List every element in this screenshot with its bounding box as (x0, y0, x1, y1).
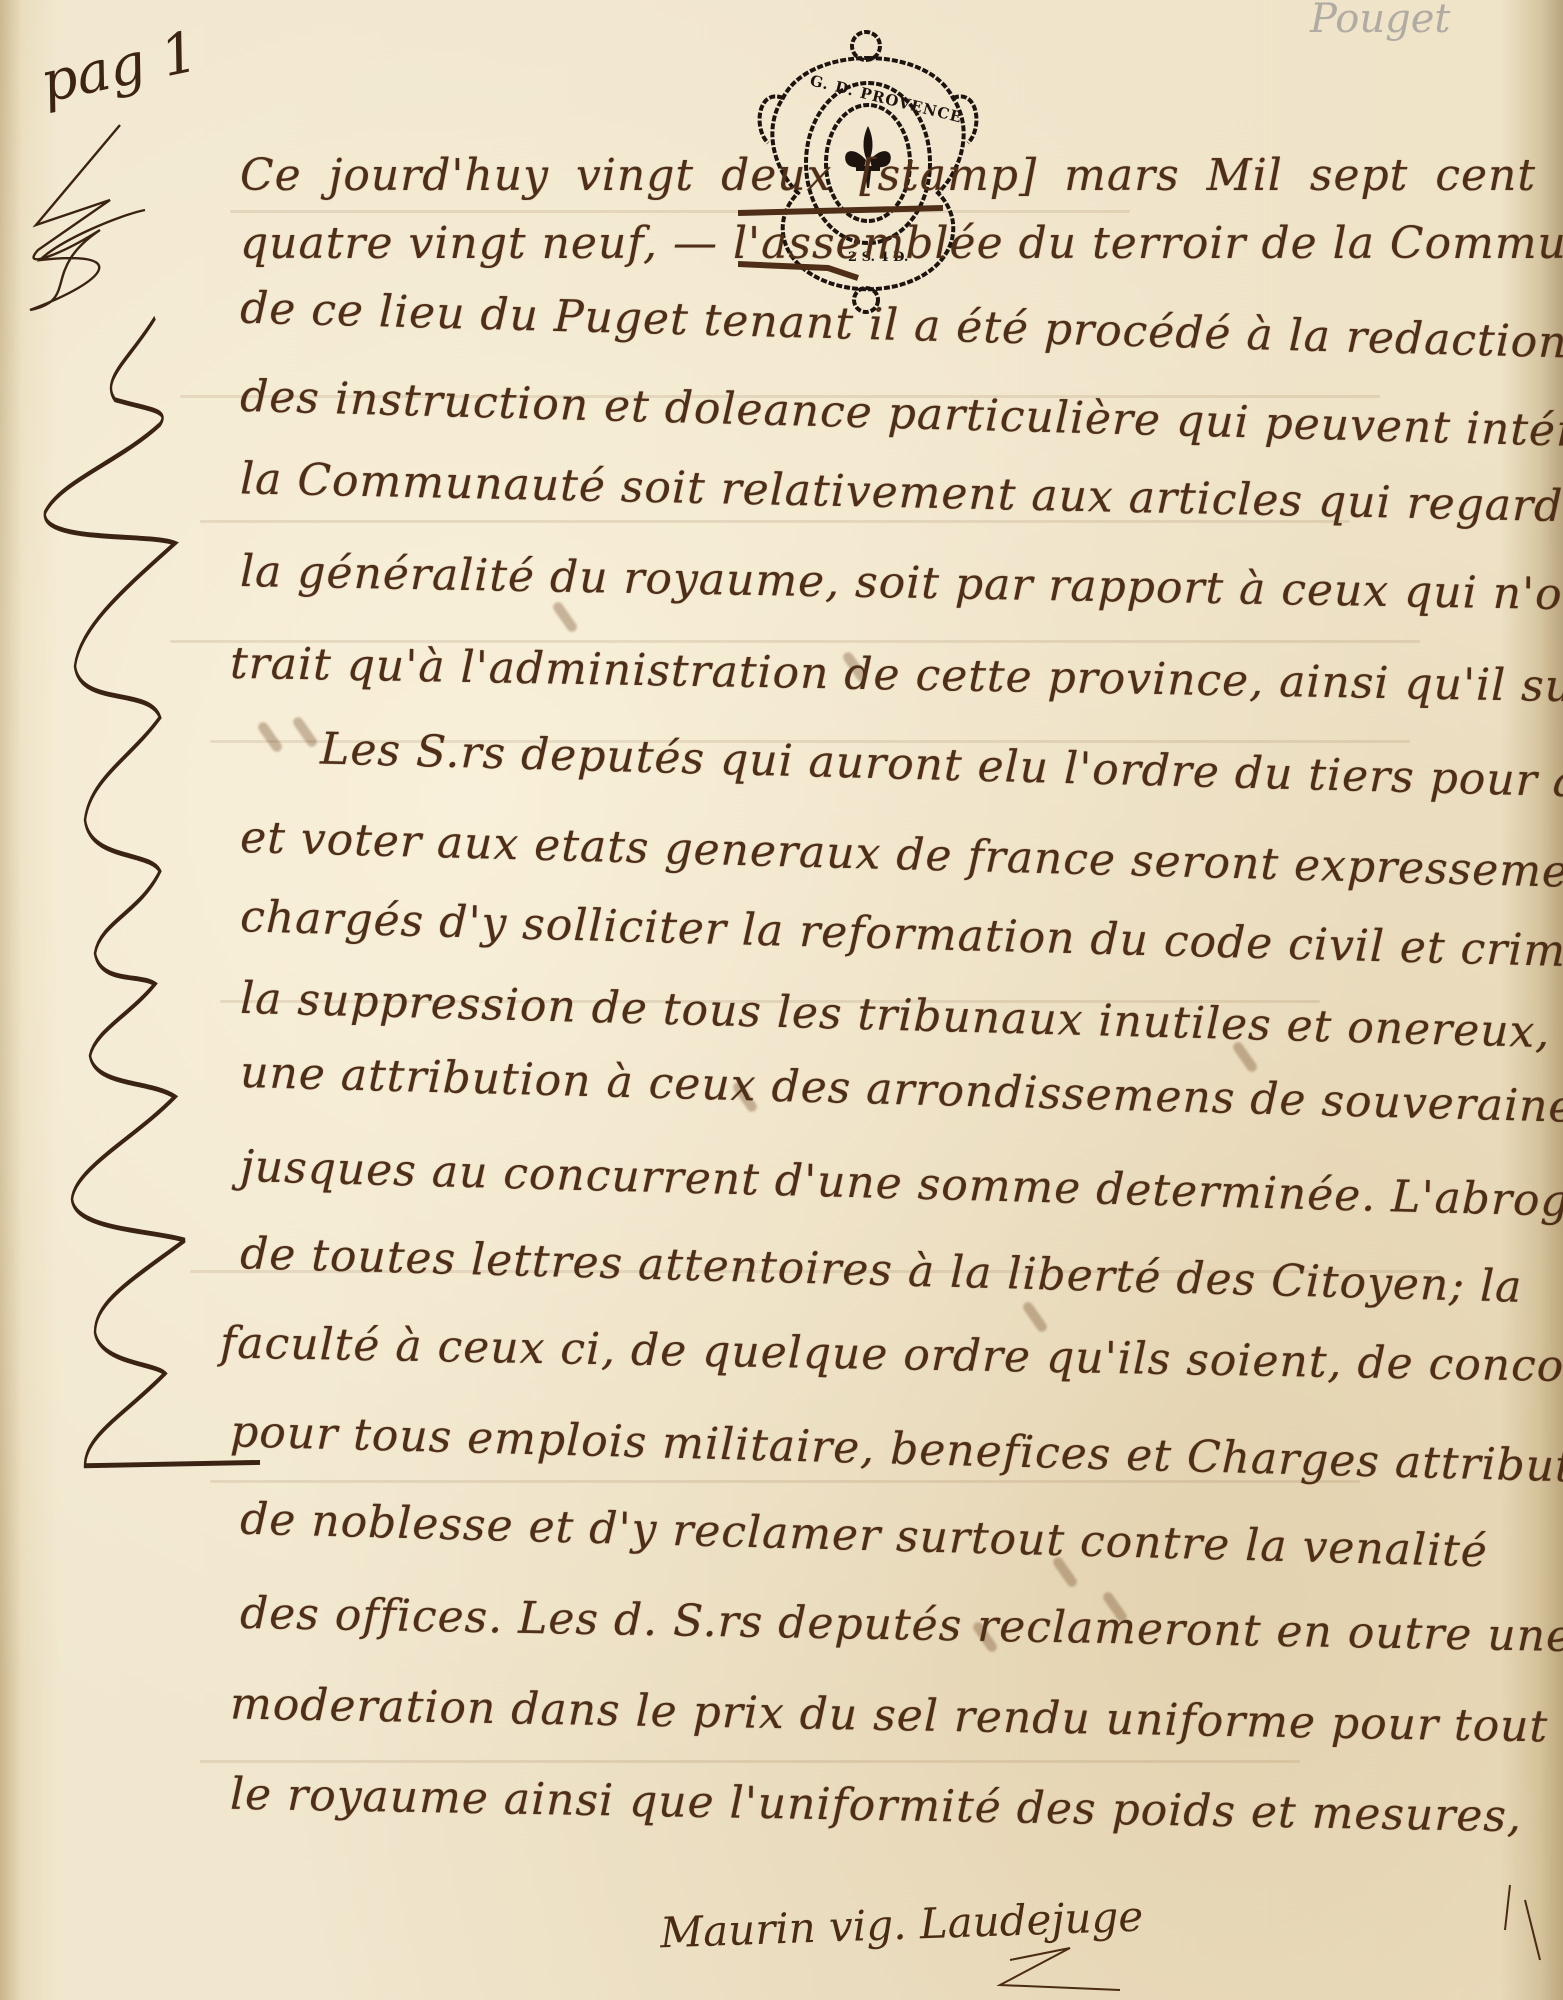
manuscript-page: Pouget pag 1 (0, 0, 1563, 2000)
signature-flourish (0, 0, 1563, 2000)
